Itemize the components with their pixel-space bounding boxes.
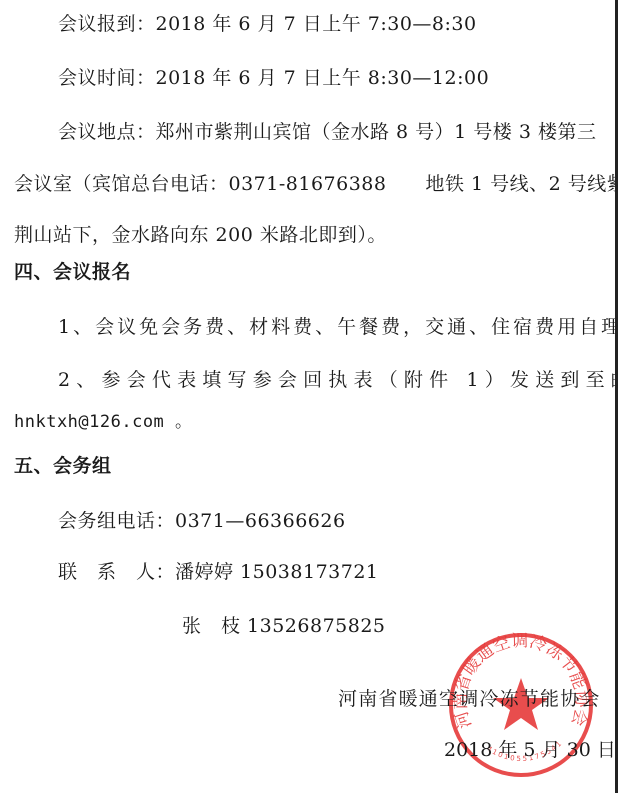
section5-heading: 五、会务组 [14, 454, 112, 478]
meeting-time: 会议时间：2018 年 6 月 7 日上午 8:30—12:00 [58, 66, 489, 90]
signature-date: 2018 年 5 月 30 日 [444, 738, 616, 762]
section4-item2-line1: 2、参会代表填写参会回执表（附件 1）发送到至邮箱 [58, 368, 618, 392]
meeting-location-line1: 会议地点：郑州市紫荆山宾馆（金水路 8 号）1 号楼 3 楼第三 [58, 120, 596, 144]
document-page: 会议报到：2018 年 6 月 7 日上午 7:30—8:30 会议时间：201… [0, 0, 614, 793]
section4-item1: 1、会议免会务费、材料费、午餐费，交通、住宿费用自理； [58, 315, 618, 339]
contact-person-2: 张 枝 13526875825 [182, 614, 386, 638]
contact-email[interactable]: hnktxh@126.com 。 [14, 410, 193, 434]
service-phone: 会务组电话：0371—66366626 [58, 509, 346, 533]
signature-organization: 河南省暖通空调冷冻节能协会 [338, 687, 601, 711]
section4-heading: 四、会议报名 [14, 260, 131, 284]
meeting-location-line3: 荆山站下，金水路向东 200 米路北即到）。 [14, 223, 387, 247]
meeting-location-line2: 会议室（宾馆总台电话：0371-81676388 地铁 1 号线、2 号线紫 [14, 172, 618, 196]
meeting-registration: 会议报到：2018 年 6 月 7 日上午 7:30—8:30 [58, 12, 477, 36]
contact-person-1: 联 系 人：潘婷婷 15038173721 [58, 560, 379, 584]
